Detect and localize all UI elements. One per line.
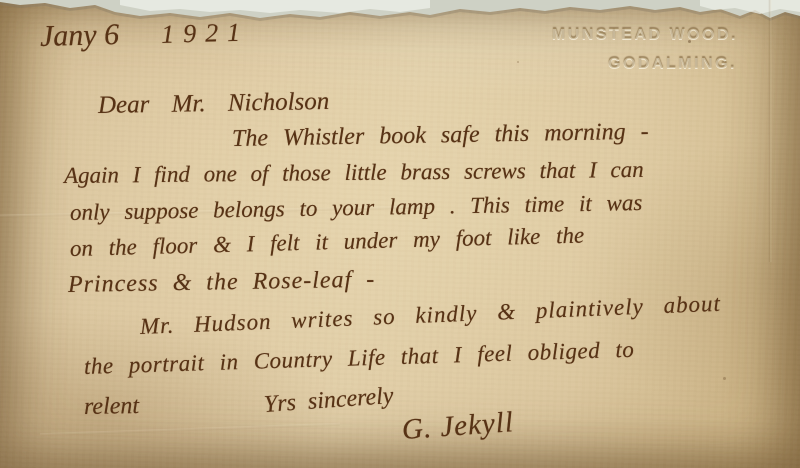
letterhead-line-town: GODALMING. [552, 49, 738, 78]
body-line-4: on the floor & I felt it under my foot l… [70, 223, 585, 262]
body-line-3: only suppose belongs to your lamp . This… [70, 190, 643, 226]
letterhead-line-house: MUNSTEAD WOOD. [552, 20, 738, 49]
body-line-8: relent [84, 393, 140, 421]
embossed-letterhead: MUNSTEAD WOOD. GODALMING. [552, 20, 738, 78]
body-line-1: The Whistler book safe this morning - [232, 119, 649, 153]
date-line: Jany 61921 [40, 15, 250, 54]
signature: G. Jekyll [401, 406, 515, 447]
date-year: 1921 [161, 18, 250, 50]
date-day: Jany 6 [40, 18, 120, 53]
letter-photo: MUNSTEAD WOOD. GODALMING. Jany 61921 Dea… [0, 0, 800, 468]
body-line-5: Princess & the Rose-leaf - [68, 267, 376, 299]
vertical-crease [768, 0, 772, 262]
ink-speck [723, 377, 726, 380]
ink-speck [517, 61, 519, 63]
bottom-crease [40, 423, 340, 436]
body-line-6: Mr. Hudson writes so kindly & plaintivel… [139, 291, 721, 340]
salutation-line: Dear Mr. Nicholson [98, 88, 330, 120]
closing-line: Yrs sincerely [263, 383, 394, 419]
body-line-2: Again I find one of those little brass s… [64, 157, 644, 189]
body-line-7: the portrait in Country Life that I feel… [84, 337, 635, 380]
